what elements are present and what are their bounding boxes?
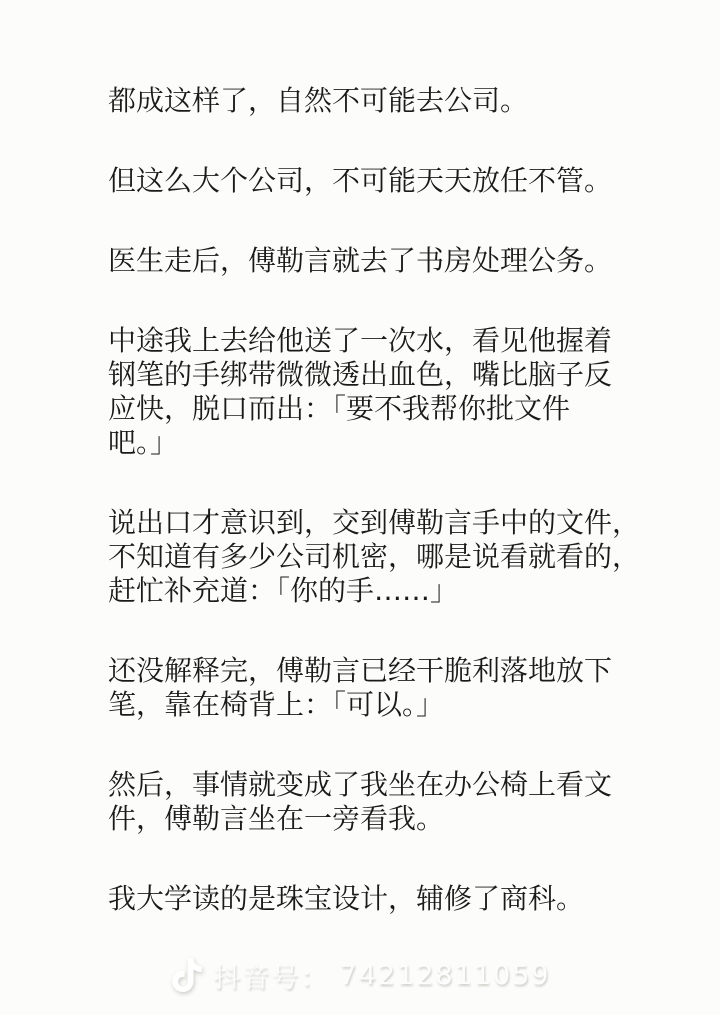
text-line: 钢笔的手绑带微微透出血色，嘴比脑子反 [108, 358, 653, 392]
text-line: 中途我上去给他送了一次水，看见他握着 [108, 324, 653, 358]
text-line: 笔，靠在椅背上：「可以。」 [108, 688, 653, 722]
article-body: 都成这样了，自然不可能去公司。 但这么大个公司，不可能天天放任不管。 医生走后，… [108, 84, 653, 962]
text-line: 不知道有多少公司机密，哪是说看就看的， [108, 540, 653, 574]
text-line: 赶忙补充道：「你的手……」 [108, 574, 653, 608]
paragraph: 说出口才意识到，交到傅勒言手中的文件， 不知道有多少公司机密，哪是说看就看的， … [108, 506, 653, 608]
text-line: 都成这样了，自然不可能去公司。 [108, 84, 653, 118]
text-line: 然后，事情就变成了我坐在办公椅上看文 [108, 768, 653, 802]
text-line: 我大学读的是珠宝设计，辅修了商科。 [108, 882, 653, 916]
paragraph: 我大学读的是珠宝设计，辅修了商科。 [108, 882, 653, 916]
paragraph: 医生走后，傅勒言就去了书房处理公务。 [108, 244, 653, 278]
douyin-watermark-id: 74212811059 [340, 960, 551, 991]
text-line: 件，傅勒言坐在一旁看我。 [108, 802, 653, 836]
paragraph: 都成这样了，自然不可能去公司。 [108, 84, 653, 118]
douyin-note-icon [170, 958, 204, 992]
paragraph: 中途我上去给他送了一次水，看见他握着 钢笔的手绑带微微透出血色，嘴比脑子反 应快… [108, 324, 653, 460]
text-line: 应快，脱口而出：「要不我帮你批文件 [108, 392, 653, 426]
text-line: 还没解释完，傅勒言已经干脆利落地放下 [108, 654, 653, 688]
text-line: 吧。」 [108, 426, 653, 460]
text-line: 但这么大个公司，不可能天天放任不管。 [108, 164, 653, 198]
text-line: 医生走后，傅勒言就去了书房处理公务。 [108, 244, 653, 278]
novel-page: 都成这样了，自然不可能去公司。 但这么大个公司，不可能天天放任不管。 医生走后，… [0, 0, 720, 1015]
text-line: 说出口才意识到，交到傅勒言手中的文件， [108, 506, 653, 540]
paragraph: 然后，事情就变成了我坐在办公椅上看文 件，傅勒言坐在一旁看我。 [108, 768, 653, 836]
paragraph: 但这么大个公司，不可能天天放任不管。 [108, 164, 653, 198]
paragraph: 还没解释完，傅勒言已经干脆利落地放下 笔，靠在椅背上：「可以。」 [108, 654, 653, 722]
